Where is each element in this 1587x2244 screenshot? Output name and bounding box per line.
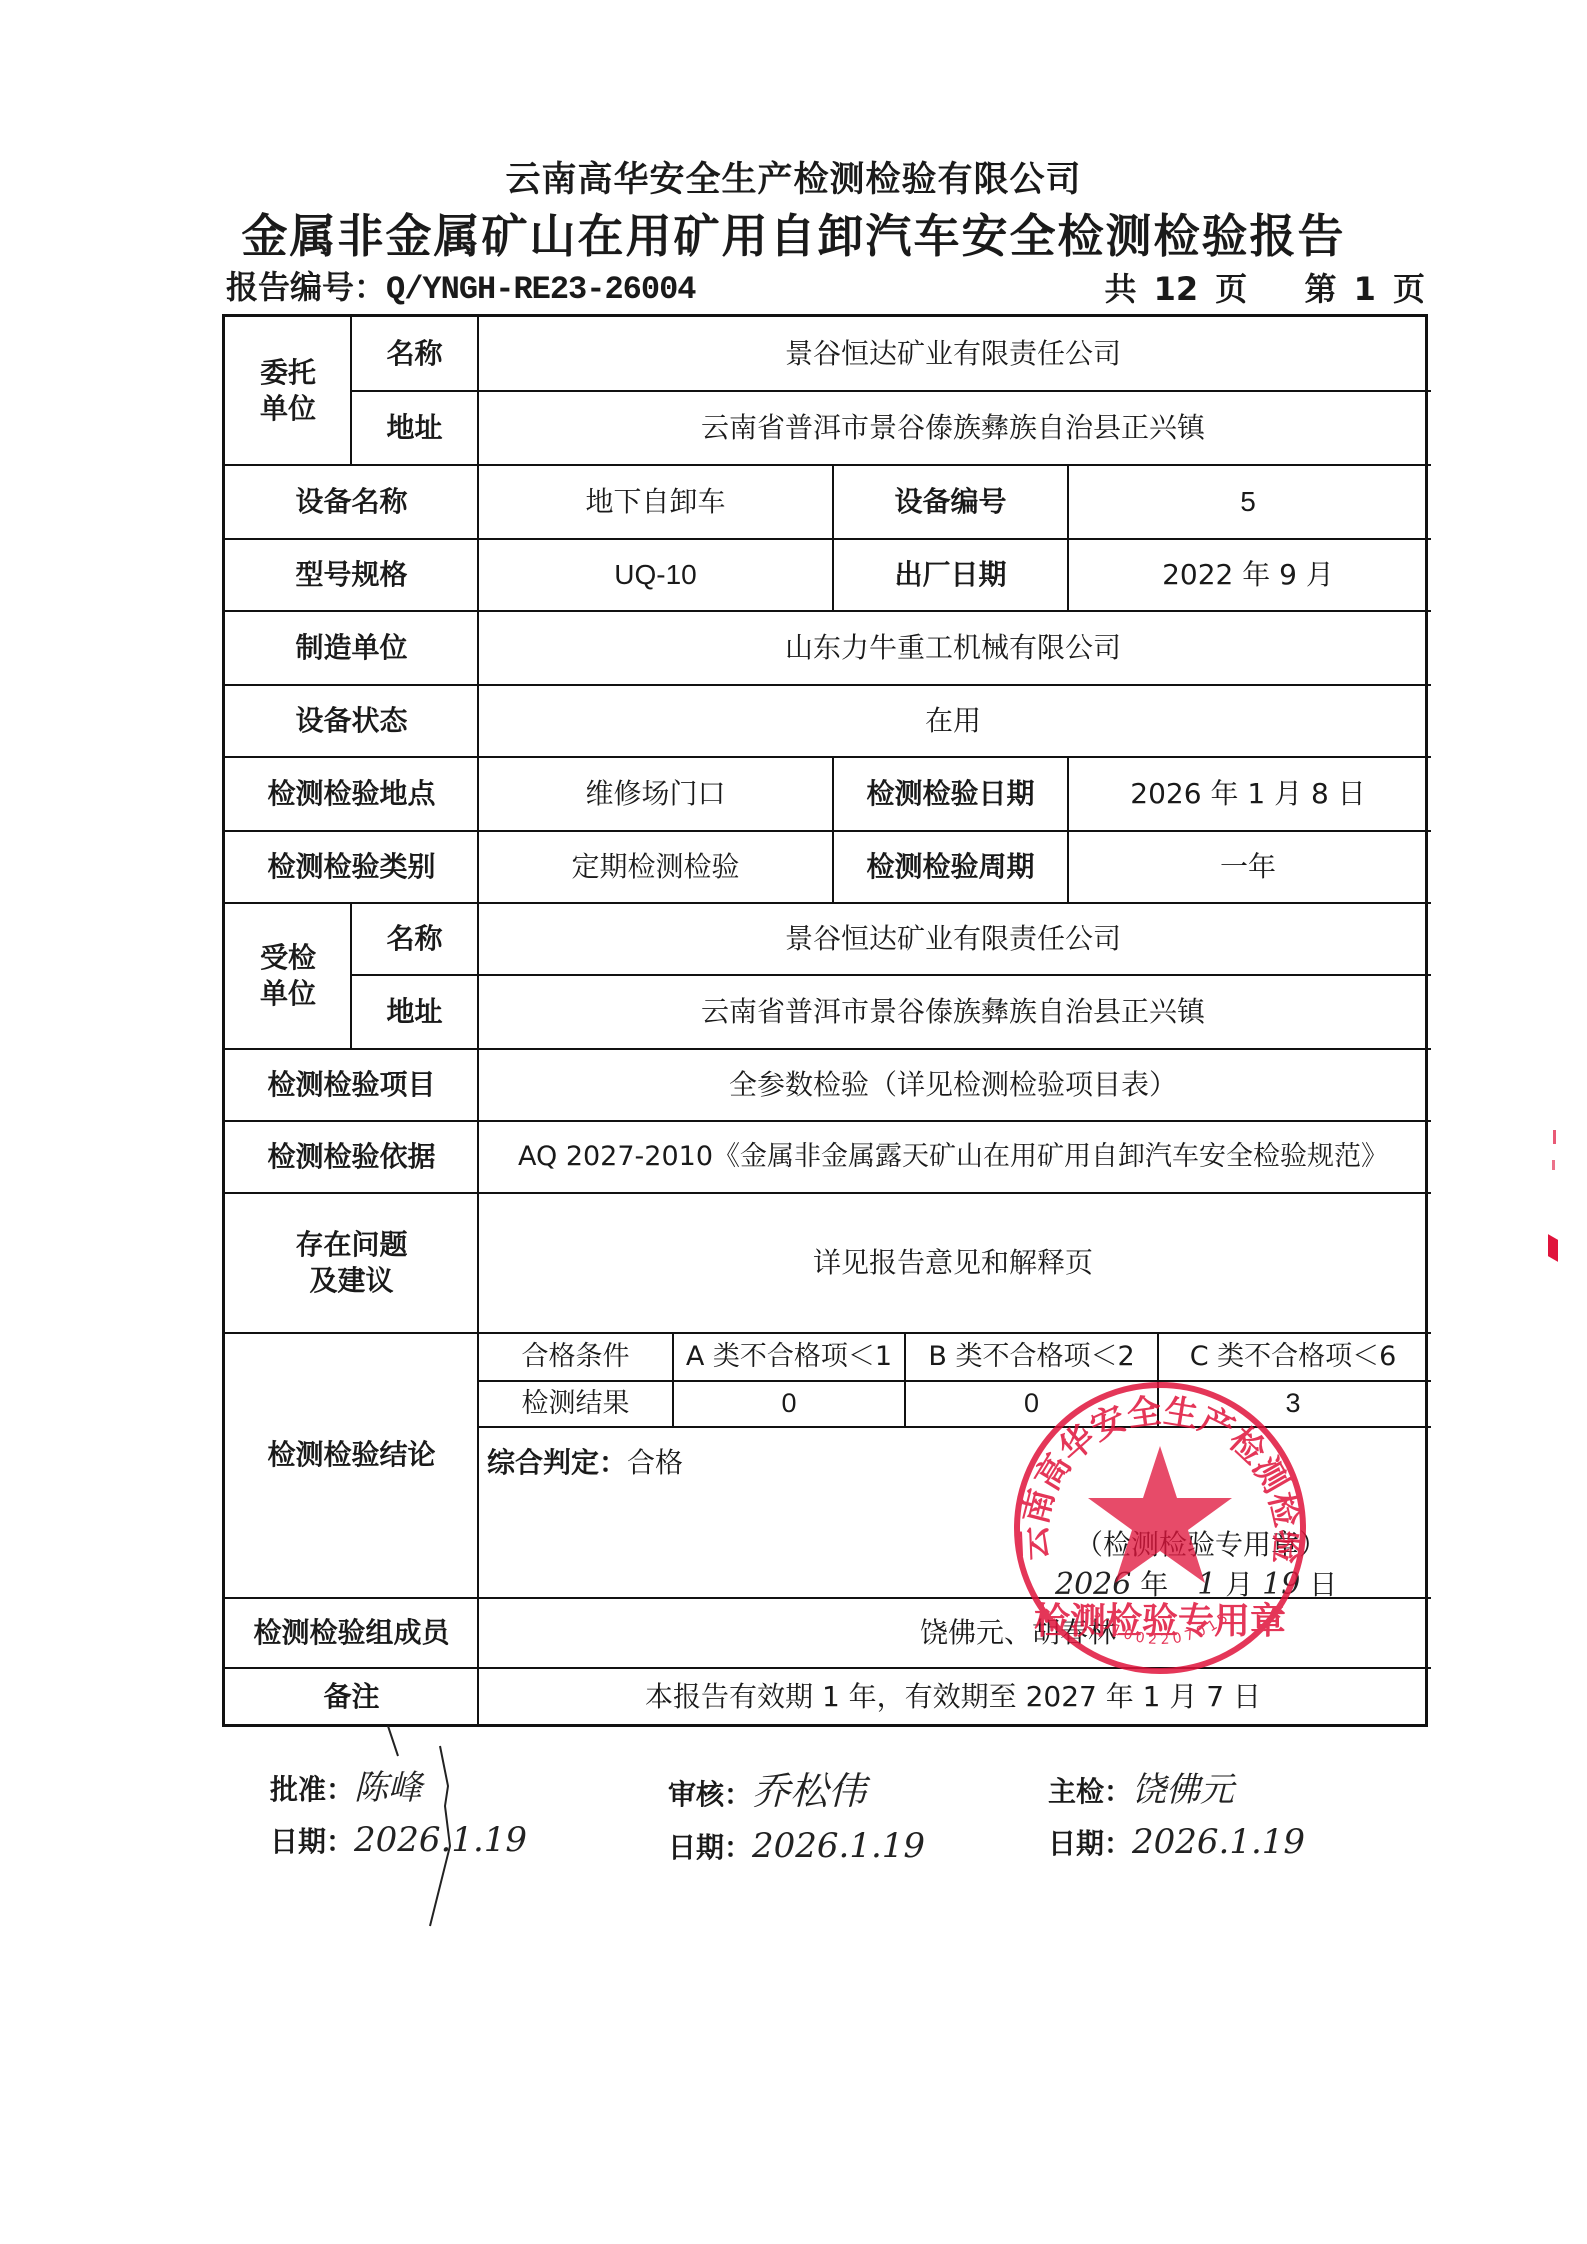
grid-line [225,756,1431,758]
grid-line [225,1597,1431,1599]
client-group-label: 委托单位 [225,317,351,465]
cycle-label: 检测检验周期 [833,831,1068,903]
paging-seal-fragment [1552,1160,1555,1170]
grid-line [225,464,1431,466]
inspected-name-label: 名称 [351,903,478,975]
grid-line [225,1048,1431,1050]
equipment-number-label: 设备编号 [833,465,1068,539]
inspection-basis: AQ 2027-2010《金属非金属露天矿山在用矿用自卸汽车安全检验规范》 [478,1121,1428,1193]
grid-line [904,1333,906,1427]
grid-line [225,684,1431,686]
criteria-label: 合格条件 [478,1333,673,1381]
remarks: 本报告有效期 1 年，有效期至 2027 年 1 月 7 日 [478,1668,1428,1727]
approve-date-label: 日期： [270,1825,354,1858]
page-indicator: 共 12 页 第 1 页 [1098,264,1425,310]
approve-date: 日期：2026.1.19 [270,1820,527,1860]
client-address-label: 地址 [351,391,478,465]
grid-line [225,902,1431,904]
overall-judgement: 综合判定：合格 [487,1441,683,1481]
issues-label: 存在问题 及建议 [225,1193,478,1333]
equipment-name-label: 设备名称 [225,465,478,539]
basis-label: 检测检验依据 [225,1121,478,1193]
inspection-category: 定期检测检验 [478,831,833,903]
inspection-date-label: 检测检验日期 [833,757,1068,831]
grid-line [225,1667,1431,1669]
inspected-group-label: 受检单位 [225,903,351,1049]
result-label: 检测结果 [478,1381,673,1427]
review-date-label: 日期： [668,1831,752,1864]
review-signature: 审核：乔松伟 [668,1760,866,1815]
total-pages: 共 12 页 [1104,270,1247,308]
manufacturer-label: 制造单位 [225,611,478,685]
client-name-label: 名称 [351,317,478,391]
grid-line [1067,465,1069,611]
overall-value: 合格 [627,1446,683,1479]
issues-label-line2: 及建议 [309,1263,393,1299]
grid-line [225,1332,1431,1334]
report-number-value: Q/YNGH-RE23-26004 [386,271,695,308]
report-table: 委托单位 名称 景谷恒达矿业有限责任公司 地址 云南省普洱市景谷傣族彝族自治县正… [222,314,1428,1727]
manufacturer: 山东力牛重工机械有限公司 [478,611,1428,685]
grid-line [672,1333,674,1427]
inspection-cycle: 一年 [1068,831,1428,903]
review-sig: 乔松伟 [752,1769,866,1813]
grid-line [351,390,1431,392]
equipment-name: 地下自卸车 [478,465,833,539]
review-date: 日期：2026.1.19 [668,1826,925,1866]
model-value: UQ-10 [478,539,833,611]
model-label: 型号规格 [225,539,478,611]
category-label: 检测检验类别 [225,831,478,903]
inspection-location: 维修场门口 [478,757,833,831]
paging-seal-fragment [1548,1234,1558,1262]
client-name: 景谷恒达矿业有限责任公司 [478,317,1428,391]
grid-line [477,317,479,1727]
grid-line [351,974,1431,976]
paging-seal-fragment [1553,1130,1556,1144]
criteria-b: B 类不合格项＜2 [905,1333,1158,1381]
grid-line [225,1192,1431,1194]
inspected-address-label: 地址 [351,975,478,1049]
grid-line [478,1426,1431,1428]
grid-line [1157,1333,1159,1427]
chief-sig: 饶佛元 [1132,1770,1234,1810]
seal-caption: （检测检验专用章） [1075,1523,1327,1563]
report-title: 金属非金属矿山在用矿用自卸汽车安全检测检验报告 [0,200,1587,266]
criteria-c: C 类不合格项＜6 [1158,1333,1428,1381]
location-label: 检测检验地点 [225,757,478,831]
issues-text: 详见报告意见和解释页 [478,1193,1428,1333]
members-label: 检测检验组成员 [225,1598,478,1668]
overall-label: 综合判定： [487,1446,627,1479]
approve-date-value: 2026.1.19 [354,1820,527,1860]
mfg-date: 2022 年 9 月 [1068,539,1428,611]
inspected-group-text: 受检单位 [258,940,318,1013]
current-page: 第 1 页 [1304,270,1425,308]
grid-line [478,1380,1431,1382]
client-address: 云南省普洱市景谷傣族彝族自治县正兴镇 [478,391,1428,465]
remarks-label: 备注 [225,1668,478,1727]
inspection-items: 全参数检验（详见检测检验项目表） [478,1049,1428,1121]
grid-line [350,903,352,1049]
members: 饶佛元、胡春林 [478,1598,1428,1668]
inspected-address: 云南省普洱市景谷傣族彝族自治县正兴镇 [478,975,1428,1049]
issues-label-line1: 存在问题 [295,1227,407,1263]
inspection-date: 2026 年 1 月 8 日 [1068,757,1428,831]
grid-line [225,610,1431,612]
grid-line [1067,757,1069,903]
items-label: 检测检验项目 [225,1049,478,1121]
report-number: 报告编号：Q/YNGH-RE23-26004 [226,262,695,308]
review-label: 审核： [668,1778,752,1811]
grid-line [225,1120,1431,1122]
chief-date: 日期：2026.1.19 [1048,1822,1305,1862]
result-b: 0 [905,1381,1158,1427]
inspected-name: 景谷恒达矿业有限责任公司 [478,903,1428,975]
approve-signature: 批准：陈峰 [270,1760,422,1809]
result-a: 0 [673,1381,905,1427]
chief-signature: 主检：饶佛元 [1048,1762,1234,1811]
chief-label: 主检： [1048,1775,1132,1808]
grid-line [225,538,1431,540]
client-group-text: 委托单位 [258,355,318,428]
review-date-value: 2026.1.19 [752,1826,925,1866]
approve-label: 批准： [270,1773,354,1806]
grid-line [832,757,834,903]
status-label: 设备状态 [225,685,478,757]
result-c: 3 [1158,1381,1428,1427]
equipment-status: 在用 [478,685,1428,757]
grid-line [225,830,1431,832]
approve-sig: 陈峰 [354,1768,422,1808]
report-number-label: 报告编号： [226,268,386,306]
equipment-number: 5 [1068,465,1428,539]
grid-line [350,317,352,465]
chief-date-label: 日期： [1048,1827,1132,1860]
grid-line [832,465,834,611]
conclusion-label: 检测检验结论 [225,1333,478,1598]
criteria-a: A 类不合格项＜1 [673,1333,905,1381]
mfg-date-label: 出厂日期 [833,539,1068,611]
chief-date-value: 2026.1.19 [1132,1822,1305,1862]
company-name: 云南高华安全生产检测检验有限公司 [0,152,1587,202]
